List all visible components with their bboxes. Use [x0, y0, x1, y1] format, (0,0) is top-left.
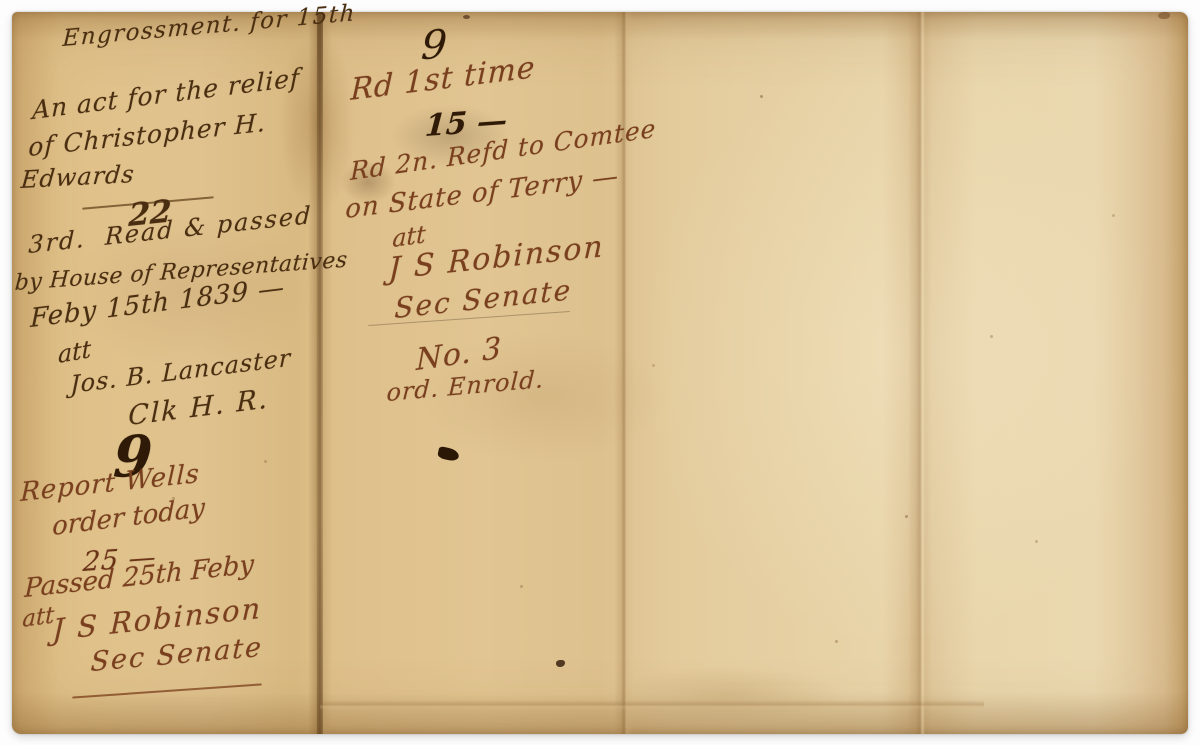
stain: [612, 667, 842, 722]
line-attest-3: att: [392, 222, 426, 251]
foxing-specks: [12, 12, 15, 15]
manuscript-paper: Engrossment. for 15th An act for the rel…: [12, 12, 1188, 734]
line-ordered-enrolled: ord. Enrold.: [386, 367, 545, 405]
ink-blot: [437, 446, 460, 462]
line-number-9-middle: 9: [420, 25, 448, 66]
fold-crease-bottom: [320, 700, 984, 710]
line-read-first-time: Rd 1st time: [350, 53, 536, 106]
scan-background: Engrossment. for 15th An act for the rel…: [0, 0, 1200, 745]
fold-crease-left: [308, 12, 332, 734]
stain: [652, 67, 1142, 637]
line-attest-1: att: [58, 337, 91, 367]
ink-blot: [556, 660, 565, 667]
ink-blot: [1158, 12, 1170, 19]
ink-blot: [463, 15, 470, 19]
line-attest-2: att: [22, 604, 55, 632]
line-act-title-3: Edwards: [20, 162, 136, 192]
fold-crease-right: [908, 12, 932, 734]
flourish-underline: [72, 683, 262, 698]
